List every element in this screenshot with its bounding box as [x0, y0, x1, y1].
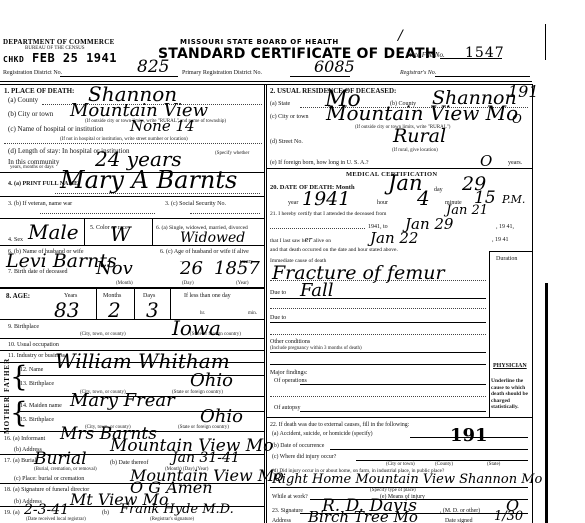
residence-street-hint: (If rural, give location): [392, 148, 438, 154]
registrar-signature-value: Frank Hyde M.D.: [120, 502, 234, 517]
date-signed-label: Date signed: [445, 517, 473, 523]
mother-name-label: 14. Maiden name: [20, 402, 62, 410]
death-hour-value: 4: [417, 186, 430, 210]
veteran-label: 3. (b) If veteran, name war: [8, 200, 72, 208]
sex-value: Male: [28, 220, 79, 244]
filed-hint: (Date received local registrar): [26, 517, 86, 523]
mother-birthplace-value: Ohio: [200, 406, 243, 427]
father-birthplace-value: Ohio: [190, 370, 233, 391]
death-county-label: (a) County: [8, 96, 38, 104]
residence-city-label: (c) City or town: [270, 113, 309, 121]
hospital-label: (c) Name of hospital or institution: [8, 125, 103, 133]
death-occurred-label: and that death occurred on the date and …: [270, 246, 398, 254]
stamp-date: FEB 25 1941: [32, 51, 117, 65]
due-to-1-label: Due to: [270, 289, 286, 297]
residence-street-value: Rural: [393, 125, 446, 147]
death-ampm-value: P.M.: [502, 193, 525, 206]
residence-city-suffix: O: [512, 112, 522, 126]
age-label: 8. AGE:: [6, 292, 30, 300]
certifier-address-value: Birch Tree Mo: [308, 508, 418, 523]
foreign-born-label: (e) If foreign born, how long in U. S. A…: [270, 159, 368, 167]
certifier-signature-label: 23. Signature: [272, 507, 303, 515]
age-less-than-day-label: If less than one day: [184, 292, 231, 300]
injury-location-label: (c) Where did injury occur?: [272, 453, 336, 461]
registration-district-label: Registration District No.: [3, 69, 62, 77]
registrar-signature-label: (b): [102, 509, 109, 517]
state-board-label: MISSOURI STATE BOARD OF HEALTH: [180, 38, 339, 46]
full-name-value: Mary A Barnts: [60, 166, 237, 194]
residence-city-value: Mountain View Mo: [326, 101, 518, 125]
mother-birthplace-label: 15. Birthplace: [20, 416, 54, 424]
social-security-label: 3. (c) Social Security No.: [165, 200, 226, 208]
state-file-label: State File No.: [406, 51, 445, 59]
registrar-number-label: Registrar's No.: [400, 69, 436, 77]
physician-label: PHYSICIAN: [493, 362, 527, 370]
residence-street-label: (d) Street No.: [270, 138, 303, 146]
death-year-label: year: [288, 199, 298, 207]
birth-year-value: 1857: [214, 258, 260, 279]
primary-registration-number: 6085: [314, 57, 355, 76]
filed-label: 19. (a): [4, 509, 20, 517]
burial-date-value: Jan 31-41: [172, 450, 240, 466]
age-min-label: min.: [248, 311, 257, 317]
department-label: DEPARTMENT OF COMMERCE: [3, 38, 115, 46]
death-day-label: day: [434, 186, 443, 194]
burial-value: Burial: [34, 449, 87, 469]
injury-home-value: Right Home Mountain View Shannon Mo: [272, 472, 542, 487]
mother-name-value: Mary Frear: [70, 390, 175, 411]
last-saw-label: that I last saw her alive on: [270, 236, 331, 245]
external-causes-header: 22. If death was due to external causes,…: [270, 421, 409, 429]
primary-registration-label: Primary Registration District No.: [182, 69, 262, 77]
father-name-label: 12. Name: [20, 366, 43, 374]
autopsy-label: Of autopsy: [274, 404, 301, 412]
at-work-label: While at work?: [272, 493, 308, 501]
informant-label: 16. (a) Informant: [4, 435, 45, 443]
last-saw-date-value: Jan 22: [370, 229, 418, 247]
death-year-value: 1941: [302, 188, 350, 210]
major-findings-label: Major findings:: [270, 369, 308, 377]
received-stamp: CHKD FEB 25 1941: [3, 51, 117, 65]
registration-district-number: 825: [137, 57, 169, 77]
last-saw-year: , 19 41: [492, 236, 509, 244]
stamp-prefix: CHKD: [3, 55, 24, 64]
occurrence-date-label: (b) Date of occurrence: [272, 442, 324, 450]
burial-label: 17. (a) Burial: [4, 457, 36, 465]
birthplace-label: 9. Birthplace: [8, 323, 39, 331]
certifier-address-label: Address: [272, 517, 291, 523]
sex-label: 4. Sex: [8, 236, 23, 244]
attended-to-year: , 19 41,: [496, 223, 514, 231]
filed-date-value: 2-3-41: [24, 502, 69, 518]
duration-label: Duration: [496, 255, 517, 263]
other-conditions-label: Other conditions: [270, 338, 310, 346]
registrar-signature-hint: (Registrar's signature): [150, 517, 194, 523]
burial-hint: (Burial, cremation, or removal): [34, 467, 97, 473]
specify-whether-label: (Specify whether: [215, 151, 249, 157]
death-hour-label: hour: [377, 199, 388, 207]
birth-date-label: 7. Birth date of deceased: [8, 268, 67, 276]
residence-state-label: (a) State: [270, 100, 290, 108]
external-margin-mark: 191: [450, 425, 488, 446]
last-saw-text: that I last saw h: [270, 238, 305, 244]
due-to-2-label: Due to: [270, 314, 286, 322]
burial-place-label: (c) Place: burial or cremation: [14, 475, 84, 483]
hospital-value: None 14: [130, 117, 195, 135]
color-value: W: [110, 222, 131, 246]
place-of-death-label: 1. PLACE OF DEATH:: [4, 87, 74, 95]
certify-label: 21. I hereby certify that I attended the…: [270, 210, 386, 218]
marital-value: Widowed: [180, 230, 245, 246]
last-saw-sex: er: [305, 236, 313, 244]
hospital-hint: (If not in hospital or institution, writ…: [60, 137, 188, 143]
corner-mark: /: [398, 28, 403, 44]
community-sublabel: years, months or days: [10, 165, 54, 171]
underline-note: Underline the cause to which death shoul…: [491, 378, 531, 411]
birth-month-value: Nov: [96, 258, 133, 279]
spouse-age-label: 6. (c) Age of husband or wife if alive: [160, 248, 249, 256]
date-signed-value: 1/30: [494, 509, 523, 523]
occupation-label: 10. Usual occupation: [8, 341, 59, 349]
father-birthplace-label: 13. Birthplace: [20, 380, 54, 388]
birth-day-value: 26: [180, 258, 203, 279]
accident-label: (a) Accident, suicide, or homicide (spec…: [272, 430, 373, 438]
foreign-years-label: years.: [508, 159, 522, 167]
injury-state-hint: (State): [487, 462, 500, 468]
death-city-label: (b) City or town: [8, 110, 53, 118]
birthplace-value: Iowa: [172, 316, 221, 340]
certificate-title: STANDARD CERTIFICATE OF DEATH: [158, 46, 437, 62]
last-saw-alive-label: alive on: [313, 238, 331, 244]
